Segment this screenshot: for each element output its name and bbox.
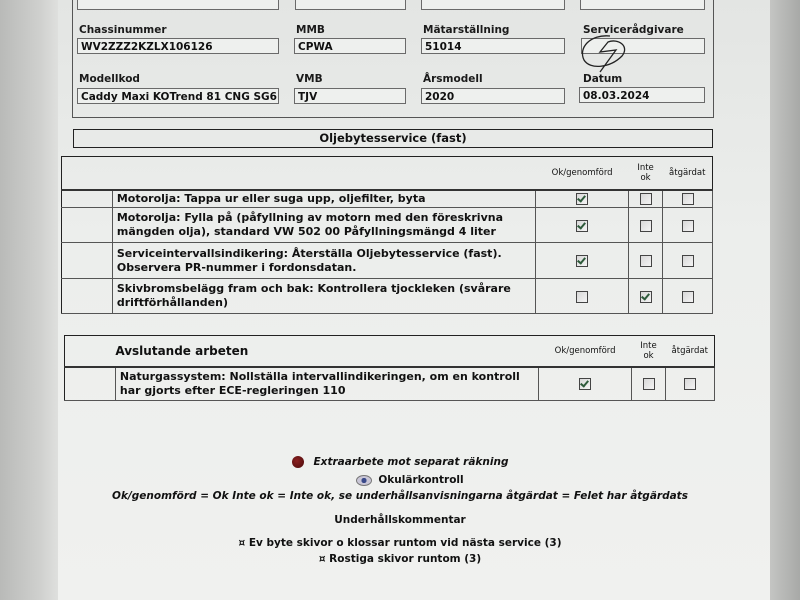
label-modellkod: Modellkod [79, 73, 140, 85]
label-arsmodell: Årsmodell [423, 73, 483, 85]
section-title: Oljebytesservice (fast) [73, 129, 713, 148]
checkbox-atgardat[interactable] [684, 378, 696, 390]
oil-service-table: Ok/genomförd Inteok åtgärdat Motorolja: … [61, 156, 713, 314]
col-header-ok-2: Ok/genomförd [539, 336, 632, 367]
col-header-atgardat-2: åtgärdat [666, 336, 715, 367]
partial-field-3 [421, 0, 565, 10]
final-work-table: Avslutande arbeten Ok/genomförd Inteok å… [64, 335, 715, 401]
checkbox-inte-ok[interactable] [640, 255, 652, 267]
legend-visual: Okulärkontroll [0, 474, 800, 486]
field-arsmodell: 2020 [421, 88, 565, 104]
field-chassinummer: WV2ZZZ2KZLX106126 [77, 38, 279, 54]
checkbox-inte-ok[interactable] [640, 193, 652, 205]
checkbox-ok[interactable] [576, 255, 588, 267]
table-row: Skivbromsbelägg fram och bak: Kontroller… [62, 279, 713, 314]
final-section-title: Avslutande arbeten [115, 336, 538, 367]
field-datum: 08.03.2024 [579, 87, 705, 103]
eye-icon [356, 475, 372, 486]
checkbox-inte-ok[interactable] [640, 220, 652, 232]
comment-item: ¤ Ev byte skivor o klossar runtom vid nä… [0, 537, 800, 549]
comment-item: ¤ Rostiga skivor runtom (3) [0, 553, 800, 565]
label-datum: Datum [583, 73, 622, 85]
checkbox-atgardat[interactable] [682, 193, 694, 205]
checkbox-ok[interactable] [579, 378, 591, 390]
col-header-inte-ok-2: Inteok [632, 336, 666, 367]
task-description: Motorolja: Tappa ur eller suga upp, olje… [112, 190, 535, 208]
comments-title: Underhållskommentar [0, 514, 800, 526]
checkbox-inte-ok[interactable] [640, 291, 652, 303]
partial-field-1 [77, 0, 279, 10]
label-chassinummer: Chassinummer [79, 24, 167, 36]
checkbox-ok[interactable] [576, 220, 588, 232]
partial-field-4 [580, 0, 705, 10]
table-row: Motorolja: Fylla på (påfyllning av motor… [62, 208, 713, 243]
field-modellkod: Caddy Maxi KOTrend 81 CNG SG6 [77, 88, 279, 104]
checkbox-atgardat[interactable] [682, 220, 694, 232]
task-description: Serviceintervallsindikering: Återställa … [112, 243, 535, 279]
field-vmb: TJV [294, 88, 406, 104]
task-description: Skivbromsbelägg fram och bak: Kontroller… [112, 279, 535, 314]
task-description: Naturgassystem: Nollställa intervallindi… [115, 367, 538, 401]
field-matarstallning: 51014 [421, 38, 565, 54]
label-matarstallning: Mätarställning [423, 24, 509, 36]
field-mmb: CPWA [294, 38, 406, 54]
table-row: Motorolja: Tappa ur eller suga upp, olje… [62, 190, 713, 208]
task-description: Motorolja: Fylla på (påfyllning av motor… [112, 208, 535, 243]
label-mmb: MMB [296, 24, 325, 36]
checkbox-atgardat[interactable] [682, 291, 694, 303]
legend-explanation: Ok/genomförd = Ok Inte ok = Inte ok, se … [0, 490, 800, 502]
checkbox-ok[interactable] [576, 291, 588, 303]
partial-field-2 [295, 0, 406, 10]
signature-icon [570, 30, 640, 75]
col-header-atgardat: åtgärdat [663, 157, 713, 190]
col-header-ok: Ok/genomförd [536, 157, 629, 190]
table-row: Serviceintervallsindikering: Återställa … [62, 243, 713, 279]
checkbox-atgardat[interactable] [682, 255, 694, 267]
checkbox-ok[interactable] [576, 193, 588, 205]
checkbox-inte-ok[interactable] [643, 378, 655, 390]
table-row: Naturgassystem: Nollställa intervallindi… [65, 367, 715, 401]
col-header-inte-ok: Inteok [629, 157, 663, 190]
extra-work-icon [292, 456, 304, 468]
label-vmb: VMB [296, 73, 323, 85]
legend-extra: Extraarbete mot separat räkning [0, 456, 800, 468]
